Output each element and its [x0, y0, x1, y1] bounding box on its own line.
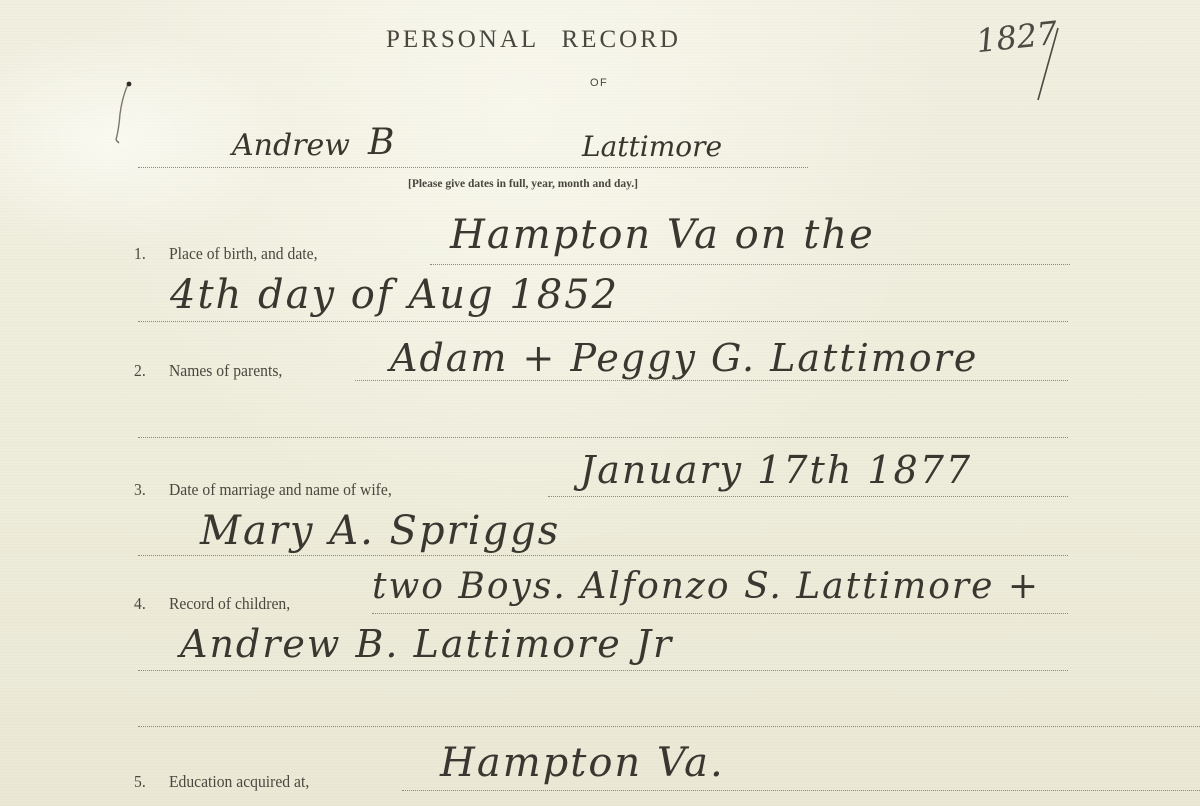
- field-1-line-1: [430, 264, 1070, 265]
- field-2-answer-1: Adam + Peggy G. Lattimore: [390, 336, 978, 380]
- field-1-line-2: [138, 321, 1068, 322]
- field-2-label: 2.Names of parents,: [134, 361, 282, 381]
- field-4-answer-2: Andrew B. Lattimore Jr: [180, 622, 673, 666]
- field-4-line-2: [138, 670, 1068, 671]
- field-4-answer-1: two Boys. Alfonzo S. Lattimore +: [372, 566, 1040, 607]
- field-5-line-1: [402, 790, 1200, 791]
- instruction-note: [Please give dates in full, year, month …: [408, 178, 638, 190]
- field-3-line-1: [548, 496, 1068, 497]
- field-3-line-2: [138, 555, 1068, 556]
- subject-last-name: Lattimore: [582, 130, 722, 163]
- field-1-answer-1: Hampton Va on the: [450, 212, 875, 258]
- field-1-label: 1.Place of birth, and date,: [134, 244, 317, 264]
- field-5-number: 5.: [134, 772, 169, 792]
- field-5-label: 5.Education acquired at,: [134, 772, 309, 792]
- field-1-answer-2: 4th day of Aug 1852: [170, 272, 619, 318]
- field-1-text: Place of birth, and date,: [169, 244, 318, 263]
- document-page: PERSONAL RECORD OF 1827 Andrew B Lattimo…: [0, 0, 1200, 806]
- field-4-line-1: [372, 613, 1068, 614]
- field-2-line-2: [138, 437, 1068, 438]
- field-5-text: Education acquired at,: [169, 772, 309, 791]
- subject-middle-initial: B: [368, 122, 394, 163]
- name-dotted-line: [138, 167, 808, 168]
- field-3-text: Date of marriage and name of wife,: [169, 480, 392, 499]
- subject-first-name: Andrew: [232, 128, 350, 163]
- field-1-number: 1.: [134, 244, 169, 264]
- field-3-number: 3.: [134, 480, 169, 500]
- staple-hole-icon: [112, 78, 142, 148]
- record-number-stroke-icon: [1030, 24, 1070, 104]
- field-3-answer-2: Mary A. Spriggs: [200, 508, 560, 554]
- field-4-line-3: [138, 726, 1200, 727]
- field-4-label: 4.Record of children,: [134, 594, 290, 614]
- field-2-text: Names of parents,: [169, 361, 282, 380]
- field-3-label: 3.Date of marriage and name of wife,: [134, 480, 392, 500]
- field-4-number: 4.: [134, 594, 169, 614]
- field-2-line-1: [355, 380, 1068, 381]
- field-4-text: Record of children,: [169, 594, 290, 613]
- field-2-number: 2.: [134, 361, 169, 381]
- page-title: PERSONAL RECORD: [386, 26, 681, 54]
- title-of-label: OF: [590, 77, 608, 89]
- field-5-answer-1: Hampton Va.: [440, 740, 725, 786]
- field-3-answer-1: January 17th 1877: [580, 448, 972, 492]
